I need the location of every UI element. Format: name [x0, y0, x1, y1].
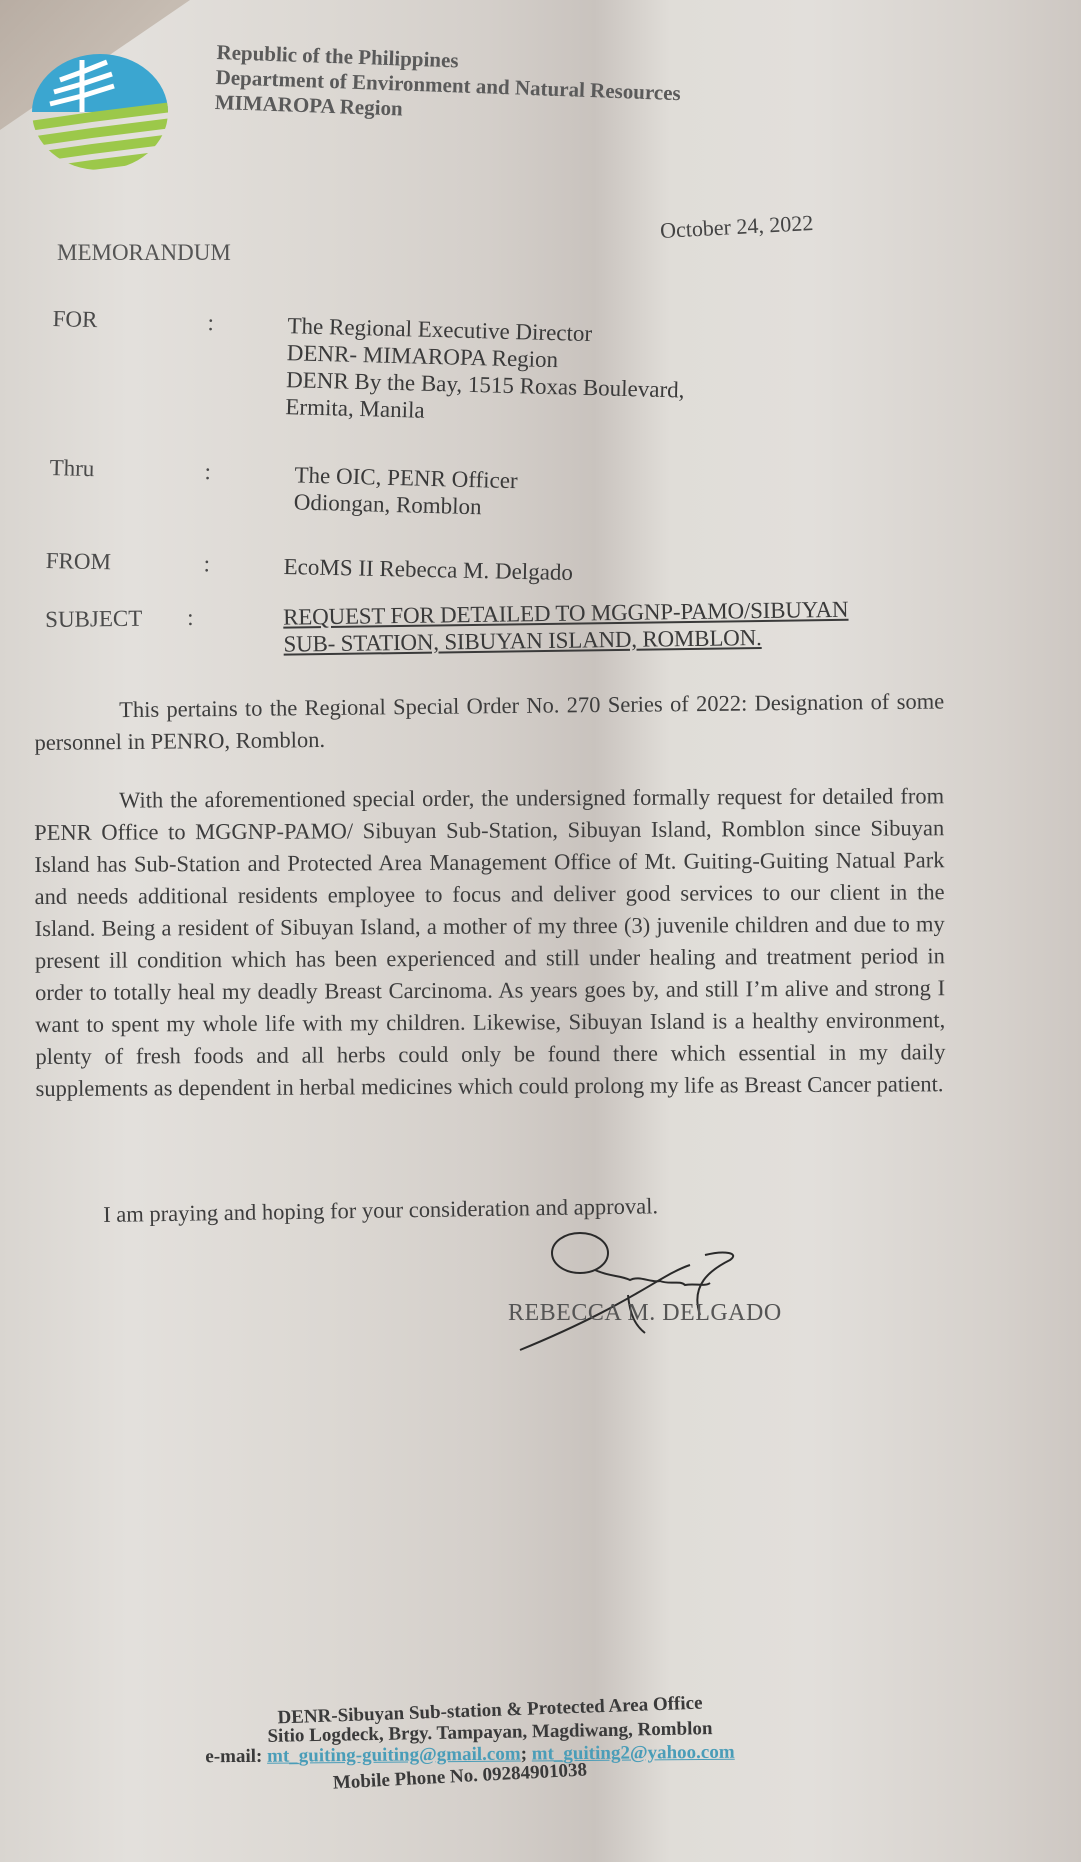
email-label: e-mail:: [205, 1746, 262, 1767]
field-subject-value: REQUEST FOR DETAILED TO MGGNP-PAMO/SIBUY…: [283, 596, 849, 658]
paragraph-text: This pertains to the Regional Special Or…: [34, 688, 944, 755]
body-paragraph-2: With the aforementioned special order, t…: [34, 780, 946, 1105]
closing-line: I am praying and hoping for your conside…: [103, 1193, 658, 1228]
field-for-value: The Regional Executive Director DENR- MI…: [285, 312, 686, 430]
from-line: EcoMS II Rebecca M. Delgado: [283, 553, 573, 586]
field-colon: :: [203, 551, 210, 577]
denr-logo-icon: [22, 50, 172, 170]
field-from-label: FROM: [45, 548, 111, 575]
field-from-value: EcoMS II Rebecca M. Delgado: [283, 553, 573, 586]
memo-date: October 24, 2022: [659, 210, 814, 244]
memo-title: MEMORANDUM: [57, 240, 231, 266]
email-separator: ;: [521, 1744, 528, 1765]
field-for-label: FOR: [52, 306, 97, 333]
field-colon: :: [204, 459, 211, 485]
signatory-name: REBECCA M. DELGADO: [508, 1300, 782, 1327]
body-paragraph-1: This pertains to the Regional Special Or…: [34, 685, 945, 759]
paragraph-text: With the aforementioned special order, t…: [34, 783, 945, 1101]
field-subject-label: SUBJECT: [45, 606, 142, 633]
email-link-gmail[interactable]: mt_guiting-guiting@gmail.com: [267, 1744, 521, 1767]
letterhead: Republic of the Philippines Department o…: [214, 40, 682, 131]
field-thru-label: Thru: [49, 455, 94, 482]
field-colon: :: [187, 605, 194, 631]
footer: DENR-Sibuyan Sub-station & Protected Are…: [190, 1700, 790, 1788]
handwritten-signature-icon: [510, 1225, 810, 1355]
field-colon: :: [207, 310, 214, 336]
field-thru-value: The OIC, PENR Officer Odiongan, Romblon: [294, 461, 518, 521]
